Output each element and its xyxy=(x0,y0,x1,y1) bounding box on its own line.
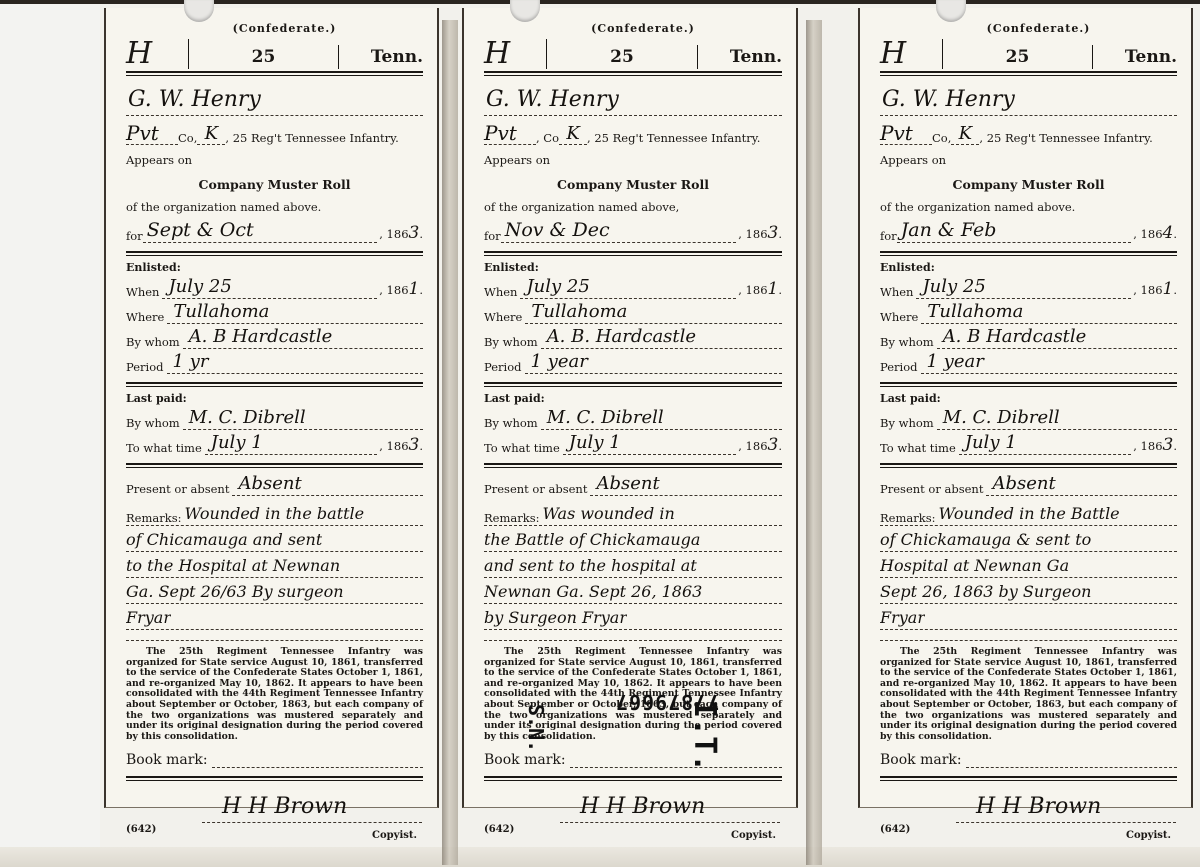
where-value: Tullahoma xyxy=(525,301,782,324)
state-abbrev: Tenn. xyxy=(698,45,782,69)
paid-by-row: By whom M. C. Dibrell xyxy=(484,407,782,430)
card-separator-shadow xyxy=(806,20,822,865)
remarks-line: Remarks:Was wounded in xyxy=(484,500,782,526)
by-whom-value: A. B. Hardcastle xyxy=(541,326,782,349)
remarks-text: Wounded in the battle xyxy=(184,503,364,525)
when-value: July 25 xyxy=(162,276,377,299)
remarks-line: Hospital at Newnan Ga xyxy=(880,552,1177,578)
to-time-row: To what time July 1 , 1863. xyxy=(484,432,782,455)
by-whom-label: By whom xyxy=(126,335,183,349)
remarks-text: by Surgeon Fryar xyxy=(484,607,627,629)
signature-area: H H Brown (642) Copyist. xyxy=(880,784,1177,848)
year-prefix: , 186 xyxy=(738,227,767,241)
to-time-value: July 1 xyxy=(959,432,1132,455)
remarks-line: Fryar xyxy=(126,604,423,630)
period-label: Period xyxy=(880,360,921,374)
period-row: Period 1 year xyxy=(484,351,782,374)
scan-bottom-edge xyxy=(0,847,1200,867)
to-time-value: July 1 xyxy=(205,432,378,455)
rank-value: Pvt xyxy=(880,122,932,145)
roll-title: Company Muster Roll xyxy=(126,177,423,192)
punch-hole xyxy=(936,0,966,22)
service-record-card: (Confederate.) H 25 Tenn. G. W. Henry Pv… xyxy=(462,8,798,808)
book-mark-row: Book mark: xyxy=(126,752,423,768)
to-time-row: To what time July 1 , 1863. xyxy=(880,432,1177,455)
card-separator-shadow xyxy=(442,20,458,865)
section-divider xyxy=(126,463,423,465)
period-label: Period xyxy=(126,360,167,374)
soldier-name: G. W. Henry xyxy=(126,85,423,116)
remarks-line: Fryar xyxy=(880,604,1177,630)
remarks-label: Remarks: xyxy=(484,511,542,525)
copyist-signature: H H Brown xyxy=(560,792,780,823)
section-divider xyxy=(484,251,782,253)
where-value: Tullahoma xyxy=(167,301,423,324)
where-label: Where xyxy=(484,310,525,324)
remarks-block: Remarks:Wounded in the battleof Chicamau… xyxy=(126,500,423,630)
remarks-block: Remarks:Wounded in the Battleof Chickama… xyxy=(880,500,1177,630)
remarks-line: of Chickamauga & sent to xyxy=(880,526,1177,552)
rank-value: Pvt xyxy=(126,122,178,145)
year-prefix: , 186 xyxy=(738,283,767,297)
remarks-text: Hospital at Newnan Ga xyxy=(880,555,1069,577)
for-period-row: for Sept & Oct , 1863. xyxy=(126,218,423,243)
enlisted-where-row: Where Tullahoma xyxy=(484,301,782,324)
remarks-text: Newnan Ga. Sept 26, 1863 xyxy=(484,581,702,603)
enlisted-label: Enlisted: xyxy=(880,261,1177,274)
enlisted-when-row: When July 25 , 1861. xyxy=(126,276,423,299)
remarks-line: Sept 26, 1863 by Surgeon xyxy=(880,578,1177,604)
when-year: , 1861. xyxy=(377,279,423,299)
paid-by-row: By whom M. C. Dibrell xyxy=(126,407,423,430)
section-divider xyxy=(126,251,423,253)
soldier-name: G. W. Henry xyxy=(484,85,782,116)
present-absent-row: Present or absent Absent xyxy=(484,473,782,496)
punch-hole xyxy=(184,0,214,22)
year-digit: 3 xyxy=(1163,435,1174,455)
remarks-text: of Chickamauga & sent to xyxy=(880,529,1091,551)
last-paid-label: Last paid: xyxy=(880,392,1177,405)
company-label: , Co xyxy=(536,131,559,145)
when-value: July 25 xyxy=(520,276,736,299)
company-label: Co, xyxy=(932,131,951,145)
present-absent-row: Present or absent Absent xyxy=(126,473,423,496)
to-time-label: To what time xyxy=(484,441,563,455)
copyist-label: Copyist. xyxy=(1126,830,1171,841)
company-value: K xyxy=(559,124,587,145)
when-value: July 25 xyxy=(916,276,1131,299)
unit-text: , 25 Reg't Tennessee Infantry. xyxy=(587,131,760,145)
section-divider xyxy=(126,776,423,778)
copyist-signature: H H Brown xyxy=(202,792,422,823)
enlisted-where-row: Where Tullahoma xyxy=(126,301,423,324)
when-label: When xyxy=(126,285,162,299)
year-digit: 3 xyxy=(768,223,779,243)
to-time-year: , 1863. xyxy=(736,435,782,455)
copyist-label: Copyist. xyxy=(731,830,776,841)
surname-initial: H xyxy=(126,39,189,69)
year-prefix: , 186 xyxy=(1133,439,1162,453)
enlisted-where-row: Where Tullahoma xyxy=(880,301,1177,324)
to-time-year: , 1863. xyxy=(1131,435,1177,455)
where-label: Where xyxy=(880,310,921,324)
present-absent-row: Present or absent Absent xyxy=(880,473,1177,496)
where-label: Where xyxy=(126,310,167,324)
enlisted-label: Enlisted: xyxy=(484,261,782,274)
remarks-block: Remarks:Was wounded inthe Battle of Chic… xyxy=(484,500,782,630)
remarks-line: to the Hospital at Newnan xyxy=(126,552,423,578)
rank-company-row: Pvt Co, K , 25 Reg't Tennessee Infantry. xyxy=(126,122,423,145)
period-row: Period 1 year xyxy=(880,351,1177,374)
for-period-row: for Jan & Feb , 1864. xyxy=(880,218,1177,243)
year-digit: 4 xyxy=(1163,223,1174,243)
remarks-line: and sent to the hospital at xyxy=(484,552,782,578)
form-number: (642) xyxy=(126,824,156,835)
present-absent-value: Absent xyxy=(232,473,423,496)
enlisted-when-row: When July 25 , 1861. xyxy=(484,276,782,299)
present-absent-value: Absent xyxy=(986,473,1177,496)
remarks-line: Newnan Ga. Sept 26, 1863 xyxy=(484,578,782,604)
remarks-text: Wounded in the Battle xyxy=(938,503,1119,525)
company-value: K xyxy=(197,124,225,145)
unit-text: , 25 Reg't Tennessee Infantry. xyxy=(979,131,1152,145)
regiment-number: 25 xyxy=(547,45,698,69)
card-header-row: H 25 Tenn. xyxy=(880,35,1177,73)
note-divider xyxy=(880,640,1177,641)
card-header-row: H 25 Tenn. xyxy=(484,35,782,73)
service-record-card: (Confederate.) H 25 Tenn. G. W. Henry Pv… xyxy=(104,8,439,808)
remarks-text: Sept 26, 1863 by Surgeon xyxy=(880,581,1091,603)
book-mark-label: Book mark: xyxy=(484,752,566,768)
regiment-number: 25 xyxy=(189,45,339,69)
by-whom-value: A. B Hardcastle xyxy=(183,326,423,349)
remarks-text: the Battle of Chickamauga xyxy=(484,529,700,551)
rank-value: Pvt xyxy=(484,122,536,145)
year-prefix: , 186 xyxy=(379,283,408,297)
card-header-confederate: (Confederate.) xyxy=(900,22,1177,35)
for-period-value: Jan & Feb xyxy=(897,218,1132,243)
scan-left-margin xyxy=(0,4,100,867)
section-divider xyxy=(484,463,782,465)
when-year: , 1861. xyxy=(1131,279,1177,299)
soldier-name: G. W. Henry xyxy=(880,85,1177,116)
remarks-text: to the Hospital at Newnan xyxy=(126,555,340,577)
state-abbrev: Tenn. xyxy=(339,45,423,69)
year-prefix: , 186 xyxy=(1133,227,1162,241)
regiment-history-note: The 25th Regiment Tennessee Infantry was… xyxy=(126,647,423,742)
remarks-text: Was wounded in xyxy=(542,503,674,525)
roll-title: Company Muster Roll xyxy=(880,177,1177,192)
company-value: K xyxy=(951,124,979,145)
regiment-number: 25 xyxy=(943,45,1093,69)
note-text: The 25th Regiment Tennessee Infantry was… xyxy=(880,646,1177,742)
signature-area: H H Brown (642) Copyist. xyxy=(484,784,782,848)
period-value: 1 year xyxy=(921,351,1178,374)
for-year: , 1863. xyxy=(736,223,782,243)
surname-initial: H xyxy=(880,39,943,69)
enlisted-by-row: By whom A. B Hardcastle xyxy=(126,326,423,349)
section-divider xyxy=(880,251,1177,253)
for-period-value: Nov & Dec xyxy=(501,218,737,243)
book-mark-line xyxy=(212,757,423,768)
card-header-confederate: (Confederate.) xyxy=(504,22,782,35)
period-row: Period 1 yr xyxy=(126,351,423,374)
regiment-history-note: The 25th Regiment Tennessee Infantry was… xyxy=(880,647,1177,742)
where-value: Tullahoma xyxy=(921,301,1177,324)
remarks-line: the Battle of Chickamauga xyxy=(484,526,782,552)
organization-text: of the organization named above. xyxy=(126,200,423,214)
surname-initial: H xyxy=(484,39,547,69)
year-digit: 1 xyxy=(768,279,779,299)
remarks-label: Remarks: xyxy=(126,511,184,525)
copyist-label: Copyist. xyxy=(372,830,417,841)
remarks-line: Remarks:Wounded in the Battle xyxy=(880,500,1177,526)
note-divider xyxy=(484,640,782,641)
remarks-text: Fryar xyxy=(880,607,925,629)
when-year: , 1861. xyxy=(736,279,782,299)
by-whom-value: A. B Hardcastle xyxy=(937,326,1177,349)
remarks-text: Ga. Sept 26/63 By surgeon xyxy=(126,581,344,603)
book-mark-row: Book mark: xyxy=(880,752,1177,768)
remarks-line: Ga. Sept 26/63 By surgeon xyxy=(126,578,423,604)
enlisted-by-row: By whom A. B. Hardcastle xyxy=(484,326,782,349)
enlisted-when-row: When July 25 , 1861. xyxy=(880,276,1177,299)
book-mark-line xyxy=(570,757,782,768)
company-label: Co, xyxy=(178,131,197,145)
section-divider xyxy=(880,382,1177,384)
year-digit: 1 xyxy=(1163,279,1174,299)
unit-text: , 25 Reg't Tennessee Infantry. xyxy=(225,131,398,145)
signature-area: H H Brown (642) Copyist. xyxy=(126,784,423,848)
it-stamp: I.T. xyxy=(687,700,722,772)
card-header-row: H 25 Tenn. xyxy=(126,35,423,73)
copyist-signature: H H Brown xyxy=(956,792,1176,823)
by-whom-label: By whom xyxy=(880,335,937,349)
book-mark-label: Book mark: xyxy=(126,752,208,768)
remarks-line: Remarks:Wounded in the battle xyxy=(126,500,423,526)
last-paid-label: Last paid: xyxy=(484,392,782,405)
year-prefix: , 186 xyxy=(379,439,408,453)
appears-on-label: Appears on xyxy=(126,153,423,167)
remarks-line: by Surgeon Fryar xyxy=(484,604,782,630)
year-prefix: , 186 xyxy=(738,439,767,453)
appears-on-label: Appears on xyxy=(880,153,1177,167)
paid-by-label: By whom xyxy=(126,416,183,430)
for-label: for xyxy=(126,229,143,243)
remarks-label: Remarks: xyxy=(880,511,938,525)
period-value: 1 year xyxy=(525,351,783,374)
note-text: The 25th Regiment Tennessee Infantry was… xyxy=(126,646,423,742)
present-absent-label: Present or absent xyxy=(880,482,986,496)
to-time-row: To what time July 1 , 1863. xyxy=(126,432,423,455)
form-number: (642) xyxy=(484,824,514,835)
paid-by-value: M. C. Dibrell xyxy=(541,407,782,430)
remarks-text: of Chicamauga and sent xyxy=(126,529,322,551)
remarks-text: Fryar xyxy=(126,607,171,629)
for-year: , 1863. xyxy=(377,223,423,243)
year-digit: 3 xyxy=(768,435,779,455)
section-divider xyxy=(880,463,1177,465)
roll-title: Company Muster Roll xyxy=(484,177,782,192)
present-absent-label: Present or absent xyxy=(484,482,590,496)
enlisted-by-row: By whom A. B Hardcastle xyxy=(880,326,1177,349)
scan-top-edge xyxy=(0,0,1200,4)
section-divider xyxy=(484,382,782,384)
present-absent-value: Absent xyxy=(590,473,782,496)
year-prefix: , 186 xyxy=(1133,283,1162,297)
remarks-text: and sent to the hospital at xyxy=(484,555,697,577)
card-header-confederate: (Confederate.) xyxy=(146,22,423,35)
book-mark-row: Book mark: xyxy=(484,752,782,768)
paid-by-value: M. C. Dibrell xyxy=(937,407,1177,430)
section-divider xyxy=(880,776,1177,778)
paid-by-label: By whom xyxy=(880,416,937,430)
paid-by-value: M. C. Dibrell xyxy=(183,407,423,430)
form-number: (642) xyxy=(880,824,910,835)
punch-hole xyxy=(510,0,540,22)
period-label: Period xyxy=(484,360,525,374)
rank-company-row: Pvt , Co K , 25 Reg't Tennessee Infantry… xyxy=(484,122,782,145)
to-time-label: To what time xyxy=(126,441,205,455)
remarks-line: of Chicamauga and sent xyxy=(126,526,423,552)
for-label: for xyxy=(484,229,501,243)
to-time-value: July 1 xyxy=(563,432,737,455)
note-divider xyxy=(126,640,423,641)
when-label: When xyxy=(880,285,916,299)
state-abbrev: Tenn. xyxy=(1093,45,1177,69)
last-paid-label: Last paid: xyxy=(126,392,423,405)
book-mark-label: Book mark: xyxy=(880,752,962,768)
section-divider xyxy=(484,776,782,778)
present-absent-label: Present or absent xyxy=(126,482,232,496)
when-label: When xyxy=(484,285,520,299)
book-mark-line xyxy=(966,757,1177,768)
year-digit: 3 xyxy=(409,435,420,455)
enlisted-label: Enlisted: xyxy=(126,261,423,274)
to-time-year: , 1863. xyxy=(377,435,423,455)
by-whom-label: By whom xyxy=(484,335,541,349)
period-value: 1 yr xyxy=(167,351,424,374)
rank-company-row: Pvt Co, K , 25 Reg't Tennessee Infantry. xyxy=(880,122,1177,145)
organization-text: of the organization named above. xyxy=(880,200,1177,214)
for-period-row: for Nov & Dec , 1863. xyxy=(484,218,782,243)
appears-on-label: Appears on xyxy=(484,153,782,167)
for-period-value: Sept & Oct xyxy=(143,218,378,243)
section-divider xyxy=(126,382,423,384)
year-digit: 3 xyxy=(409,223,420,243)
to-time-label: To what time xyxy=(880,441,959,455)
for-year: , 1864. xyxy=(1131,223,1177,243)
year-digit: 1 xyxy=(409,279,420,299)
service-record-card: (Confederate.) H 25 Tenn. G. W. Henry Pv… xyxy=(858,8,1193,808)
year-prefix: , 186 xyxy=(379,227,408,241)
organization-text: of the organization named above, xyxy=(484,200,782,214)
for-label: for xyxy=(880,229,897,243)
paid-by-row: By whom M. C. Dibrell xyxy=(880,407,1177,430)
paid-by-label: By whom xyxy=(484,416,541,430)
sn-stamp: S.N. xyxy=(524,704,548,752)
